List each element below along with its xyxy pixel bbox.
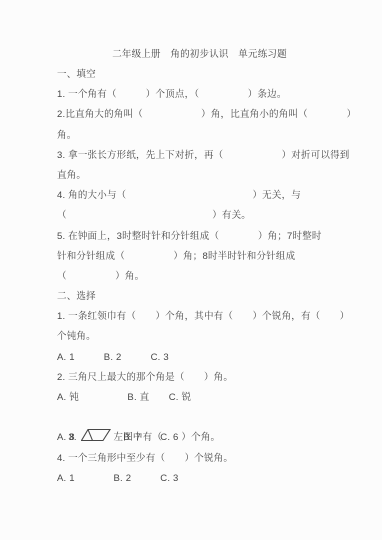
fill-question-4-continued: （ ）有关。 xyxy=(57,206,342,226)
choice-question-1-options: A. 1 B. 2 C. 3 xyxy=(57,348,342,368)
fill-question-3-continued: 直角。 xyxy=(57,166,342,186)
fill-question-2-continued: 角。 xyxy=(57,126,342,146)
choice-question-1: 1. 一条红领巾有（ ）个角，其中有（ ）个锐角，有（ ） xyxy=(57,307,342,327)
fill-question-5: 5. 在钟面上，3时整时针和分针组成（ ）角；7时整时 xyxy=(57,227,342,247)
fill-question-5-continued-2: （ ）角。 xyxy=(57,267,342,287)
choice-question-2: 2. 三角尺上最大的那个角是（ ）角。 xyxy=(57,368,342,388)
page-title: 二年级上册 角的初步认识 单元练习题 xyxy=(57,45,342,65)
section-heading-choice: 二、选择 xyxy=(57,287,342,307)
choice-question-2-options: A. 钝 B. 直 C. 锐 xyxy=(57,388,342,408)
fill-question-1: 1. 一个角有（ ）个顶点，（ ）条边。 xyxy=(57,85,342,105)
section-heading-fill: 一、填空 xyxy=(57,65,342,85)
fill-question-4: 4. 角的大小与（ ）无关，与 xyxy=(57,186,342,206)
fill-question-5-continued-1: 针和分针组成（ ）角；8时半时针和分针组成 xyxy=(57,247,342,267)
worksheet-page: 二年级上册 角的初步认识 单元练习题 一、填空 1. 一个角有（ ）个顶点，（ … xyxy=(0,0,382,540)
choice-question-3: 3. 左图中有（ ）个角。 xyxy=(57,408,342,428)
choice-question-4-options: A. 1 B. 2 C. 3 xyxy=(57,469,342,489)
choice-question-4: 4. 一个三角形中至少有（ ）个锐角。 xyxy=(57,449,342,469)
fill-question-3: 3. 拿一张长方形纸，先上下对折，再（ ）对折可以得到 xyxy=(57,146,342,166)
choice-question-1-continued: 个钝角。 xyxy=(57,327,342,347)
fill-question-2: 2.比直角大的角叫（ ）角，比直角小的角叫（ ） xyxy=(57,105,342,125)
